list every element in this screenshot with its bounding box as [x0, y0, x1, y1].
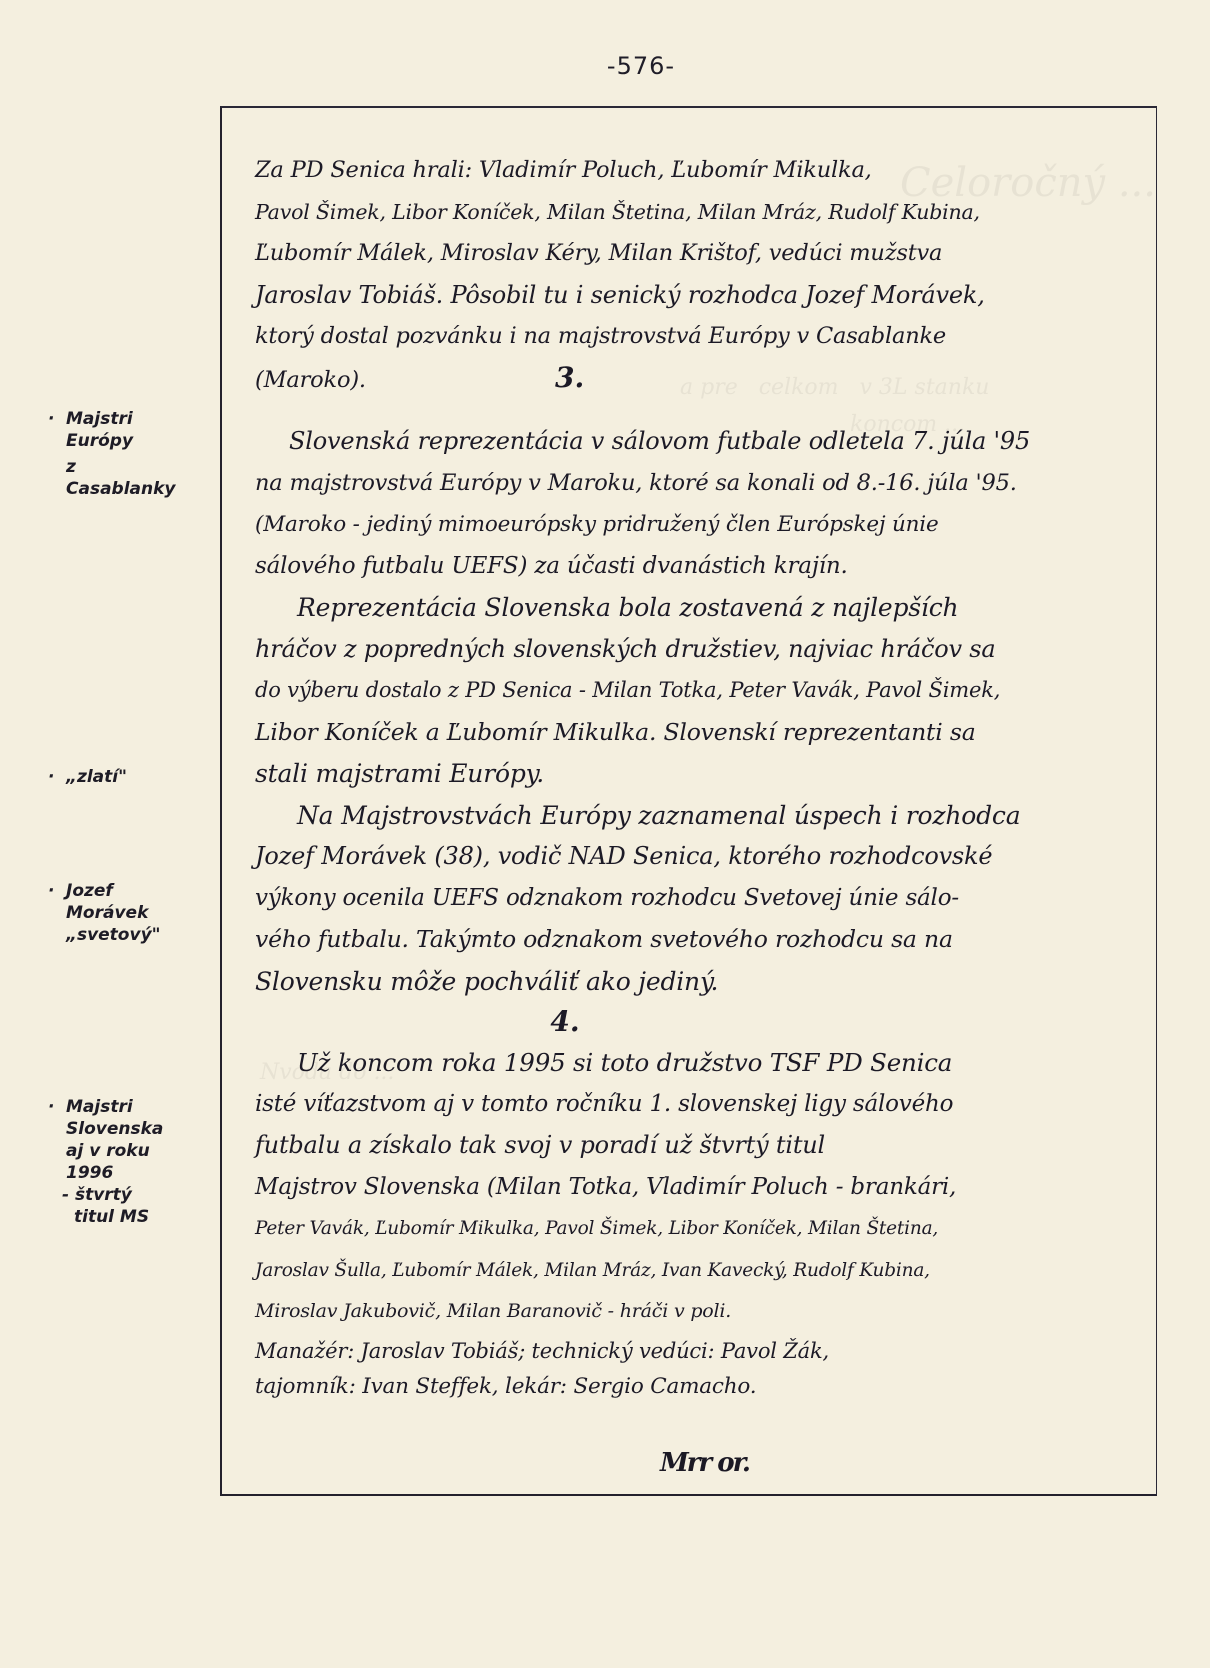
margin-note-european-champions: ·Majstri Európy z Casablanky: [48, 408, 176, 500]
text-line: Slovenská reprezentácia v sálovom futbal…: [255, 421, 1115, 463]
text-line: ktorý dostal pozvánku i na majstrovstvá …: [255, 316, 1115, 358]
page-number: -576-: [0, 52, 1210, 80]
text-line: stali majstrami Európy.: [255, 753, 1115, 795]
text-line: hráčov z popredných slovenských družstie…: [255, 629, 1115, 671]
text-line: futbalu a získalo tak svoj v poradí už š…: [255, 1125, 1115, 1167]
text-line: Za PD Senica hrali: Vladimír Poluch, Ľub…: [255, 150, 1115, 192]
text-line: Slovensku môže pochváliť ako jediný.: [255, 961, 1115, 1003]
margin-note-slovak-champions-1996: ·Majstri Slovenska aj v roku 1996 - štvr…: [48, 1096, 163, 1228]
text-line: Majstrov Slovenska (Milan Totka, Vladimí…: [255, 1167, 1115, 1209]
text-line: Už koncom roka 1995 si toto družstvo TSF…: [255, 1042, 1115, 1084]
text-line: (Maroko - jediný mimoeurópsky pridružený…: [255, 504, 1115, 546]
handwritten-signature: Mrr or.: [660, 1448, 749, 1478]
bullet-dot: ·: [48, 766, 66, 788]
section-number-4: 4.: [255, 1002, 1115, 1042]
text-line: Na Majstrovstvách Európy zaznamenal úspe…: [255, 795, 1115, 837]
text-line: Miroslav Jakubovič, Milan Baranovič - hr…: [255, 1291, 1115, 1333]
text-line: Manažér: Jaroslav Tobiáš; technický vedú…: [255, 1333, 1115, 1369]
text-line: Ľubomír Málek, Miroslav Kéry, Milan Kriš…: [255, 233, 1115, 275]
margin-note-golden: ·„zlatí": [48, 766, 127, 788]
text-line: Peter Vavák, Ľubomír Mikulka, Pavol Šime…: [255, 1208, 1115, 1250]
bullet-dot: ·: [48, 408, 66, 430]
section-number-3: 3.: [555, 358, 584, 398]
text-line: Jaroslav Tobiáš. Pôsobil tu i senický ro…: [255, 275, 1115, 317]
text-line: (Maroko).: [255, 360, 555, 402]
text-line: Jozef Morávek (38), vodič NAD Senica, kt…: [255, 836, 1115, 878]
text-line: Libor Koníček a Ľubomír Mikulka. Slovens…: [255, 712, 1115, 754]
text-line: sálového futbalu UEFS) za účasti dvanást…: [255, 546, 1115, 588]
text-line: Pavol Šimek, Libor Koníček, Milan Štetin…: [255, 192, 1115, 234]
margin-note-jozef-moravek: ·Jozef Morávek „svetový": [48, 880, 161, 946]
text-line: výkony ocenila UEFS odznakom rozhodcu Sv…: [255, 878, 1115, 920]
text-line: do výberu dostalo z PD Senica - Milan To…: [255, 670, 1115, 712]
bullet-dot: ·: [48, 880, 66, 902]
text-line: tajomník: Ivan Steffek, lekár: Sergio Ca…: [255, 1369, 1115, 1405]
bullet-dot: ·: [48, 1096, 66, 1118]
text-line: isté víťazstvom aj v tomto ročníku 1. sl…: [255, 1084, 1115, 1126]
text-line: na majstrovstvá Európy v Maroku, ktoré s…: [255, 463, 1115, 505]
text-line: Reprezentácia Slovenska bola zostavená z…: [255, 587, 1115, 629]
text-line: vého futbalu. Takýmto odznakom svetového…: [255, 919, 1115, 961]
handwritten-text-body: Za PD Senica hrali: Vladimír Poluch, Ľub…: [255, 150, 1115, 1405]
text-line: Jaroslav Šulla, Ľubomír Málek, Milan Mrá…: [255, 1250, 1115, 1292]
